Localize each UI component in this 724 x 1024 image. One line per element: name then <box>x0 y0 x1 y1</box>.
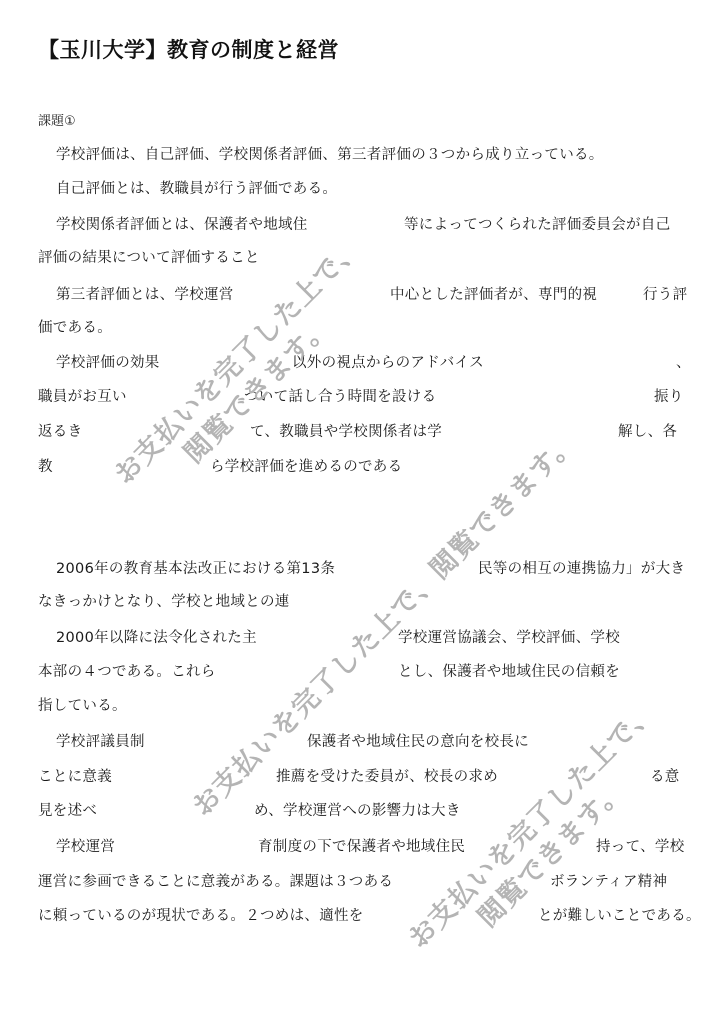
text-fragment: 学校評価は、自己評価、学校関係者評価、第三者評価の３つから成り立っている。 <box>56 144 604 166</box>
text-fragment: め、学校運営への影響力は大き <box>254 800 461 822</box>
text-fragment: 見を述べ <box>38 800 97 822</box>
text-fragment: なきっかけとなり、学校と地域との連 <box>38 591 290 613</box>
text-fragment: に頼っているのが現状である。２つめは、適性を <box>38 905 364 927</box>
text-line: 職員がお互いついて話し合う時間を設ける振り <box>0 386 724 408</box>
text-fragment: 価である。 <box>38 317 112 339</box>
text-line: 学校運営育制度の下で保護者や地域住民持って、学校 <box>0 836 724 858</box>
text-fragment: 育制度の下で保護者や地域住民 <box>258 836 465 858</box>
text-fragment: 推薦を受けた委員が、校長の求め <box>276 766 498 788</box>
text-fragment: 学校関係者評価とは、保護者や地域住 <box>56 214 308 236</box>
text-fragment: 本部の４つである。これら <box>38 661 216 683</box>
text-fragment: 第三者評価とは、学校運営 <box>56 284 234 306</box>
text-fragment: 評価の結果について評価すること <box>38 247 260 269</box>
document-title: 【玉川大学】教育の制度と経営 <box>38 34 339 64</box>
text-fragment: 返るき <box>38 421 82 443</box>
text-fragment: 以外の視点からのアドバイス <box>292 352 484 374</box>
text-fragment: 2006年の教育基本法改正における第13条 <box>56 558 335 580</box>
text-line: 学校評価の効果以外の視点からのアドバイス、 <box>0 352 724 374</box>
text-fragment: 学校運営 <box>56 836 115 858</box>
text-fragment: 持って、学校 <box>596 836 685 858</box>
text-fragment: 学校評議員制 <box>56 731 145 753</box>
text-fragment: て、教職員や学校関係者は学 <box>250 421 442 443</box>
text-fragment: 解し、各 <box>618 421 677 443</box>
text-fragment: 振り <box>654 386 684 408</box>
text-fragment: 行う評 <box>643 284 687 306</box>
text-line: なきっかけとなり、学校と地域との連 <box>0 591 724 613</box>
watermark: お支払いを完了した上で、閲覧できます。 <box>186 426 584 824</box>
text-fragment: 等によってつくられた評価委員会が自己 <box>404 214 670 236</box>
section-label: 課題① <box>38 110 76 129</box>
text-fragment: 職員がお互い <box>38 386 127 408</box>
text-line: 指している。 <box>0 695 724 717</box>
text-line: 返るきて、教職員や学校関係者は学解し、各 <box>0 421 724 443</box>
text-line: 学校評価は、自己評価、学校関係者評価、第三者評価の３つから成り立っている。 <box>0 144 724 166</box>
text-line: 自己評価とは、教職員が行う評価である。 <box>0 178 724 200</box>
text-fragment: 、 <box>676 352 691 374</box>
watermark-line: お支払いを完了した上で、閲覧できます。 <box>187 426 583 822</box>
text-fragment: 保護者や地域住民の意向を校長に <box>307 731 529 753</box>
text-fragment: 中心とした評価者が、専門的視 <box>390 284 597 306</box>
text-fragment: 教 <box>38 456 53 478</box>
text-line: 学校関係者評価とは、保護者や地域住等によってつくられた評価委員会が自己 <box>0 214 724 236</box>
text-fragment: ボランティア精神 <box>550 871 667 893</box>
text-fragment: とし、保護者や地域住民の信頼を <box>398 661 620 683</box>
text-fragment: とが難しいことである。 <box>538 905 701 927</box>
text-fragment: 自己評価とは、教職員が行う評価である。 <box>56 178 337 200</box>
text-fragment: 指している。 <box>38 695 127 717</box>
text-fragment: 学校評価の効果 <box>56 352 160 374</box>
text-fragment: 2000年以降に法令化された主 <box>56 627 257 649</box>
text-fragment: 民等の相互の連携協力」が大き <box>478 558 685 580</box>
text-fragment: 運営に参画できることに意義がある。課題は３つある <box>38 871 393 893</box>
text-line: 運営に参画できることに意義がある。課題は３つあるボランティア精神 <box>0 871 724 893</box>
text-line: に頼っているのが現状である。２つめは、適性をとが難しいことである。 <box>0 905 724 927</box>
text-fragment: ことに意義 <box>38 766 112 788</box>
text-line: 価である。 <box>0 317 724 339</box>
text-line: 2006年の教育基本法改正における第13条民等の相互の連携協力」が大き <box>0 558 724 580</box>
text-fragment: 学校運営協議会、学校評価、学校 <box>398 627 620 649</box>
text-fragment: ら学校評価を進めるのである <box>210 456 402 478</box>
